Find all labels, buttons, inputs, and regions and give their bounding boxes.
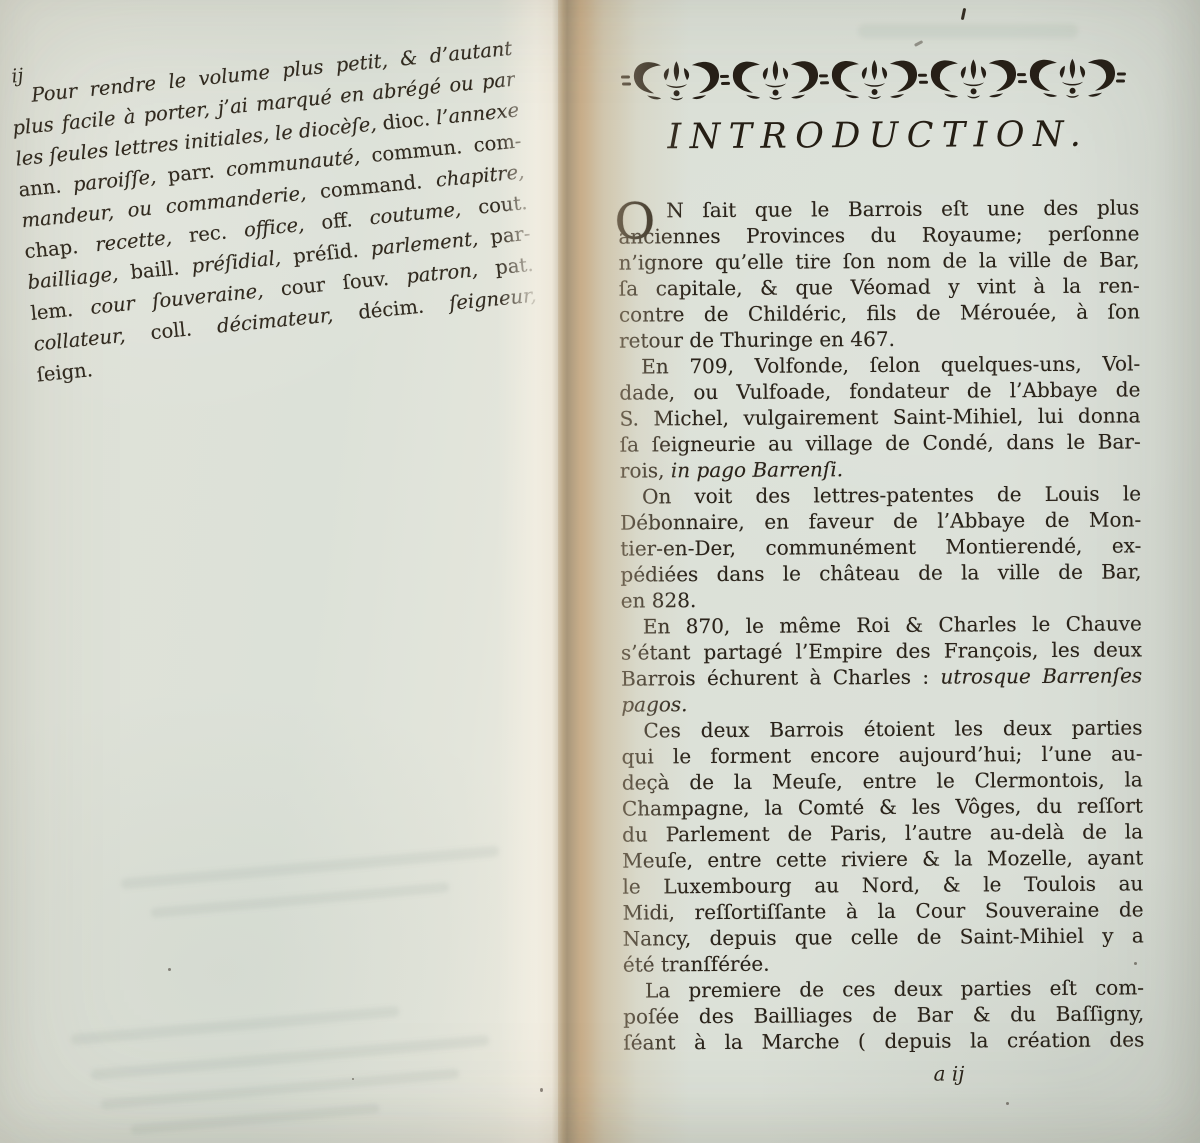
text-segment: contre de Childéric, fils de Mérouée, à … [619, 299, 1140, 326]
text-line: contre de Childéric, fils de Mérouée, à … [619, 298, 1140, 327]
text-line: Ces deux Barrois étoient les deux partie… [621, 714, 1142, 743]
text-line: anciennes Provinces du Royaume; perſonne [618, 220, 1139, 249]
text-line: tier-en-Der, communément Montierendé, ex… [620, 532, 1141, 561]
text-line: Midi, reſſortiſſante à la Cour Souverain… [622, 896, 1143, 925]
text-segment: anciennes Provinces du Royaume; perſonne [618, 221, 1139, 248]
signature-mark: a ij [933, 1061, 964, 1085]
showthrough-line [120, 845, 500, 889]
text-line: ſéant à la Marche ( depuis la création d… [623, 1026, 1144, 1055]
text-segment: décim. [357, 295, 425, 324]
text-segment: Meuſe, entre cette riviere & la Mozelle,… [622, 845, 1143, 872]
text-line: Champagne, la Comté & les Vôges, du reſſ… [622, 792, 1143, 821]
text-segment: chap. [24, 235, 80, 263]
text-segment: l’annexe, [429, 98, 520, 130]
text-line: Barrois échurent à Charles : utrosque Ba… [621, 662, 1142, 691]
showthrough-line [150, 882, 450, 918]
text-segment: Barrois échurent à Charles : [621, 665, 940, 691]
text-segment: n’ignore qu’elle tire ſon nom de la vill… [619, 247, 1140, 274]
text-segment: en 828. [621, 588, 697, 612]
text-line: Nancy, depuis que celle de Saint-Mihiel … [623, 922, 1144, 951]
text-segment: par- [489, 222, 531, 249]
text-segment: dioc. [381, 107, 431, 135]
paragraph: En 870, le même Roi & Charles le Chauves… [621, 610, 1143, 717]
text-segment: s’étant partagé l’Empire des François, l… [621, 637, 1142, 664]
page-heading: INTRODUCTION. [618, 114, 1139, 157]
text-line: retour de Thuringe en 467. [619, 324, 1140, 353]
right-page: INTRODUCTION. ON ſait que le Barrois eſt… [558, 0, 1200, 1143]
text-segment: ſéant à la Marche ( depuis la création d… [623, 1027, 1144, 1054]
text-segment: baill. [129, 256, 180, 284]
text-line: La premiere de ces deux parties eſt com- [623, 974, 1144, 1003]
left-page-text: Pour rendre le volume plus petit, & d’au… [8, 33, 541, 391]
text-segment: pédiées dans le château de la ville de B… [620, 559, 1141, 586]
text-line: n’ignore qu’elle tire ſon nom de la vill… [619, 246, 1140, 275]
text-segment: ſa ſeigneurie au village de Condé, dans … [620, 429, 1141, 456]
text-segment: La premiere de ces deux parties eſt com- [645, 975, 1144, 1002]
paragraph: Pour rendre le volume plus petit, & d’au… [8, 33, 541, 391]
left-page: ij Pour rendre le volume plus petit, & d… [0, 0, 558, 1143]
text-segment: été tranſférée. [623, 952, 770, 977]
text-line: été tranſférée. [623, 948, 1144, 977]
text-segment: S. Michel, vulgairement Saint-Mihiel, lu… [619, 403, 1140, 430]
text-segment: parr. [167, 159, 216, 186]
text-segment: in pago Barrenſi. [671, 457, 843, 482]
fleuron-ornament-band [619, 54, 1127, 105]
showthrough-line [70, 1006, 400, 1046]
text-line: En 709, Volfonde, ſelon quelques-uns, Vo… [619, 350, 1140, 379]
text-segment: retour de Thuringe en 467. [619, 327, 895, 353]
text-segment: deçà de la Meuſe, entre le Clermontois, … [622, 767, 1143, 794]
text-segment: qui le forment encore aujourd’hui; l’une… [622, 741, 1143, 768]
text-segment: coll. [149, 317, 192, 344]
left-page-tilt-block: ij Pour rendre le volume plus petit, & d… [8, 33, 541, 391]
text-line: du Parlement de Paris, l’autre au-delà d… [622, 818, 1143, 847]
text-segment: dade, ou Vulfoade, fondateur de l’Abbaye… [619, 377, 1140, 404]
text-segment: pagos. [621, 692, 687, 716]
text-segment: ſa capitale, & que Véomad y vint à la re… [619, 273, 1140, 300]
text-segment: ſeign. [36, 358, 94, 386]
text-line: Meuſe, entre cette riviere & la Mozelle,… [622, 844, 1143, 873]
showthrough-blob [858, 24, 1078, 38]
text-segment: rec. [188, 220, 228, 247]
text-segment: ann. [17, 174, 62, 201]
text-line: Débonnaire, en faveur de l’Abbaye de Mon… [620, 506, 1141, 535]
text-segment: rois, [620, 458, 671, 482]
text-line: le Luxembourg au Nord, & le Toulois au [622, 870, 1143, 899]
text-line: N ſait que le Barrois eſt une des plus [618, 194, 1139, 223]
text-line: S. Michel, vulgairement Saint-Mihiel, lu… [619, 402, 1140, 431]
text-segment: préſid. [292, 239, 359, 268]
text-segment: Midi, reſſortiſſante à la Cour Souverain… [622, 897, 1143, 924]
paragraph: ON ſait que le Barrois eſt une des plusa… [618, 194, 1140, 353]
drop-cap: O [614, 198, 655, 244]
text-segment: poſée des Bailliages de Bar & du Baſſign… [623, 1001, 1144, 1028]
text-line: rois, in pago Barrenſi. [620, 454, 1141, 483]
text-line: On voit des lettres-patentes de Louis le [620, 480, 1141, 509]
text-segment: off. [320, 208, 353, 234]
right-page-content: INTRODUCTION. ON ſait que le Barrois eſt… [617, 0, 1138, 2]
text-segment: Ces deux Barrois étoient les deux partie… [643, 715, 1142, 742]
text-line: poſée des Bailliages de Bar & du Baſſign… [623, 1000, 1144, 1029]
text-segment: cout. [477, 191, 528, 219]
text-segment: tier-en-Der, communément Montierendé, ex… [620, 533, 1141, 560]
text-segment: pat. [494, 253, 534, 280]
text-segment: N ſait que le Barrois eſt une des plus [666, 195, 1139, 222]
text-line: pagos. [621, 688, 1142, 717]
text-line: dade, ou Vulfoade, fondateur de l’Abbaye… [619, 376, 1140, 405]
text-segment: Nancy, depuis que celle de Saint-Mihiel … [623, 923, 1144, 950]
text-segment: Débonnaire, en faveur de l’Abbaye de Mon… [620, 507, 1141, 534]
text-segment: On voit des lettres-patentes de Louis le [642, 481, 1141, 508]
paragraph: En 709, Volfonde, ſelon quelques-uns, Vo… [619, 350, 1141, 483]
showthrough-line [90, 1035, 489, 1081]
text-segment: En 709, Volfonde, ſelon quelques-uns, Vo… [641, 351, 1140, 378]
text-line: s’étant partagé l’Empire des François, l… [621, 636, 1142, 665]
text-segment: le Luxembourg au Nord, & le Toulois au [622, 871, 1143, 898]
paragraph: Ces deux Barrois étoient les deux partie… [621, 714, 1144, 977]
text-line: ſa ſeigneurie au village de Condé, dans … [620, 428, 1141, 457]
text-line: en 828. [621, 584, 1142, 613]
text-line: qui le forment encore aujourd’hui; l’une… [622, 740, 1143, 769]
text-segment: En 870, le même Roi & Charles le Chauve [643, 611, 1142, 638]
showthrough-line [100, 1068, 460, 1109]
text-segment: utrosque Barrenſes [940, 663, 1142, 688]
showthrough-line [130, 1103, 380, 1135]
text-segment: du Parlement de Paris, l’autre au-delà d… [622, 819, 1143, 846]
paragraph: La premiere de ces deux parties eſt com-… [623, 974, 1144, 1055]
text-line: pédiées dans le château de la ville de B… [620, 558, 1141, 587]
paragraph: On voit des lettres-patentes de Louis le… [620, 480, 1142, 613]
text-line: deçà de la Meuſe, entre le Clermontois, … [622, 766, 1143, 795]
text-segment: Champagne, la Comté & les Vôges, du reſſ… [622, 793, 1143, 820]
text-line: En 870, le même Roi & Charles le Chauve [621, 610, 1142, 639]
text-line: ſa capitale, & que Véomad y vint à la re… [619, 272, 1140, 301]
text-segment: lem. [30, 298, 75, 325]
right-page-text: ON ſait que le Barrois eſt une des plusa… [618, 194, 1144, 1055]
